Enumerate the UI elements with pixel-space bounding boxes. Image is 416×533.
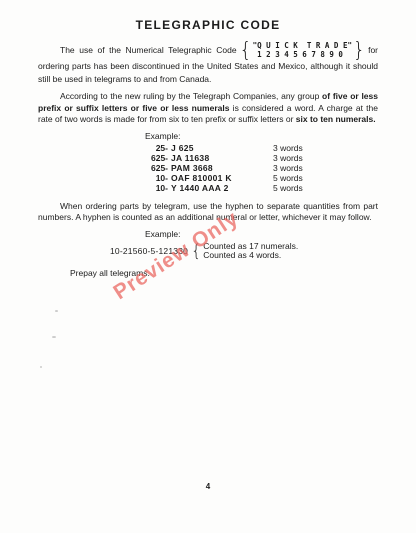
word-count: 5 words [273,183,303,193]
word-count-example-table: 25- J 625 3 words 625- JA 11638 3 words … [134,143,378,193]
left-brace: { [240,40,252,61]
hyphen-count-example: 10-21560-5-121330 { Counted as 17 numera… [110,242,378,260]
scan-artifact [40,366,42,368]
prepay-note: Prepay all telegrams. [38,268,378,280]
part-prefix: 25- [134,143,168,153]
table-row: 10- Y 1440 AAA 2 5 words [134,183,378,193]
part-number: PAM 3668 [171,163,273,173]
count-note-words: Counted as 4 words. [203,251,298,260]
page-title: TELEGRAPHIC CODE [38,18,378,32]
table-row: 10- OAF 810001 K 5 words [134,173,378,183]
scan-artifact [52,336,56,338]
part-number: JA 11638 [171,153,273,163]
telegraph-code-key: {"Q U I C K T R A D E" 1 2 3 4 5 6 7 8 9… [240,41,366,60]
table-row: 25- J 625 3 words [134,143,378,153]
part-prefix: 625- [134,153,168,163]
table-row: 625- PAM 3668 3 words [134,163,378,173]
part-prefix: 10- [134,173,168,183]
example-1-label: Example: [145,131,378,141]
count-notes: Counted as 17 numerals. Counted as 4 wor… [203,242,298,260]
word-count: 3 words [273,153,303,163]
hyphen-rule-paragraph: When ordering parts by telegram, use the… [38,201,378,224]
right-brace: } [353,40,365,61]
table-row: 625- JA 11638 3 words [134,153,378,163]
document-page: TELEGRAPHIC CODE The use of the Numerica… [0,0,416,533]
scan-artifact [55,310,58,312]
example-2-label: Example: [145,229,378,239]
part-number: Y 1440 AAA 2 [171,183,273,193]
word-count: 3 words [273,143,303,153]
code-numbers-row: 1 2 3 4 5 6 7 8 9 0 [253,51,352,60]
part-prefix: 10- [134,183,168,193]
page-number: 4 [0,482,416,491]
ruling-text-1: According to the new ruling by the Teleg… [60,91,322,101]
example-part-number: 10-21560-5-121330 [110,246,188,256]
left-brace: { [191,242,201,259]
part-prefix: 625- [134,163,168,173]
intro-lead: The use of the Numerical Telegraphic Cod… [60,45,237,55]
word-count: 3 words [273,163,303,173]
ruling-bold-2: six to ten numerals. [296,114,376,124]
part-number: J 625 [171,143,273,153]
page-content: TELEGRAPHIC CODE The use of the Numerica… [0,0,416,279]
ruling-paragraph: According to the new ruling by the Teleg… [38,91,378,126]
word-count: 5 words [273,173,303,183]
code-letter-number-map: "Q U I C K T R A D E" 1 2 3 4 5 6 7 8 9 … [253,42,352,59]
intro-paragraph: The use of the Numerical Telegraphic Cod… [38,41,378,85]
part-number: OAF 810001 K [171,173,273,183]
